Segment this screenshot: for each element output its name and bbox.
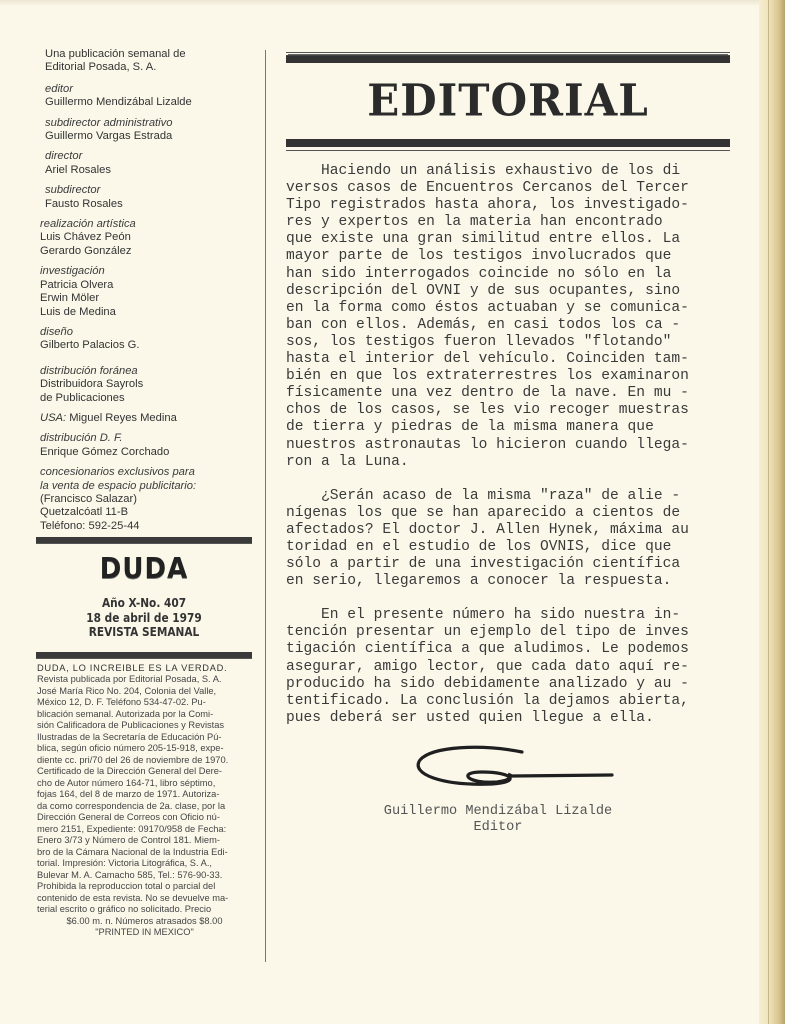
title-rule-bottom bbox=[286, 139, 730, 147]
credit-name: Patricia Olvera bbox=[40, 279, 252, 292]
credit-usa: USA: Miguel Reyes Medina bbox=[36, 412, 252, 425]
credit-name: Luis de Medina bbox=[40, 306, 252, 319]
legal-line: México 12, D. F. Teléfono 534-47-02. Pu- bbox=[37, 697, 252, 709]
legal-headline: DUDA, LO INCREIBLE ES LA VERDAD. bbox=[37, 663, 252, 675]
magazine-info: DUDA Año X-No. 407 18 de abril de 1979 R… bbox=[36, 544, 252, 640]
legal-line: blicación semanal. Autorizada por la Com… bbox=[37, 709, 252, 721]
page-edge-line bbox=[768, 0, 769, 1024]
legal-line: blica, según oficio número 205-15-918, e… bbox=[37, 743, 252, 755]
legal-line: terial escrito o gráfico no solicitado. … bbox=[37, 904, 252, 916]
magazine-logo: DUDA bbox=[100, 553, 188, 586]
legal-price: $6.00 m. n. Números atrasados $8.00 bbox=[37, 916, 252, 928]
legal-line: bro de la Cámara Nacional de la Industri… bbox=[37, 847, 252, 859]
credit-name: Erwin Möler bbox=[40, 292, 252, 305]
legal-line: torial. Impresión: Victoria Litográfica,… bbox=[37, 858, 252, 870]
credit-role: subdirector bbox=[45, 184, 252, 197]
credit-block: realización artísticaLuis Chávez PeónGer… bbox=[36, 218, 252, 258]
legal-line: Ilustradas de la Secretaría de Educación… bbox=[37, 732, 252, 744]
editorial-paragraph: En el presente número ha sido nuestra in… bbox=[286, 607, 730, 727]
issue-frequency: REVISTA SEMANAL bbox=[49, 625, 239, 640]
editorial-body: Haciendo un análisis exhaustivo de los d… bbox=[286, 163, 730, 727]
editorial-line: ron a la Luna. bbox=[286, 454, 730, 471]
credit-name: Gilberto Palacios G. bbox=[40, 339, 252, 352]
legal-line: José María Rico No. 204, Colonia del Val… bbox=[37, 686, 252, 698]
credit-name: Gerardo González bbox=[40, 245, 252, 258]
signature-name: Guillermo Mendizábal Lizalde bbox=[276, 804, 720, 820]
legal-line: Enero 3/73 y Número de Control 181. Miem… bbox=[37, 835, 252, 847]
editorial-line: han sido interrogados coincide no sólo e… bbox=[286, 266, 730, 283]
legal-notice: DUDA, LO INCREIBLE ES LA VERDAD. Revista… bbox=[36, 659, 252, 939]
editorial-column: EDITORIAL Haciendo un análisis exhaustiv… bbox=[286, 52, 730, 836]
editorial-line: Haciendo un análisis exhaustivo de los d… bbox=[286, 163, 730, 180]
credit-block: subdirectorFausto Rosales bbox=[36, 184, 252, 211]
editorial-line: pues deberá ser usted quien llegue a ell… bbox=[286, 710, 730, 727]
legal-line: Revista publicada por Editorial Posada, … bbox=[37, 674, 252, 686]
credit-role: investigación bbox=[40, 265, 252, 278]
divider-rule bbox=[36, 652, 252, 659]
legal-line: contenido de esta revista. No se devuelv… bbox=[37, 893, 252, 905]
issue-number: Año X-No. 407 bbox=[49, 596, 239, 611]
divider-rule bbox=[36, 537, 252, 544]
credit-name: Fausto Rosales bbox=[45, 198, 252, 211]
editorial-line: ban con ellos. Además, en casi todos los… bbox=[286, 317, 730, 334]
legal-line: fojas 164, del 8 de marzo de 1971. Autor… bbox=[37, 789, 252, 801]
issue-info: Año X-No. 407 18 de abril de 1979 REVIST… bbox=[49, 596, 239, 640]
editorial-paragraph: Haciendo un análisis exhaustivo de los d… bbox=[286, 163, 730, 471]
editorial-line: sólo a partir de una investigación cient… bbox=[286, 556, 730, 573]
editorial-line: Tipo registrados hasta ahora, los invest… bbox=[286, 197, 730, 214]
legal-line: mero 2151, Expediente: 09170/958 de Fech… bbox=[37, 824, 252, 836]
legal-line: Prohibida la reproduccion total o parcia… bbox=[37, 881, 252, 893]
credit-role: subdirector administrativo bbox=[45, 117, 252, 130]
legal-printed: "PRINTED IN MEXICO" bbox=[37, 927, 252, 939]
credit-name: Ariel Rosales bbox=[45, 164, 252, 177]
column-divider bbox=[265, 50, 266, 962]
legal-line: da como correspondencia de 2a. clase, po… bbox=[37, 801, 252, 813]
legal-line: cho de Autor número 164-71, libro séptim… bbox=[37, 778, 252, 790]
issue-date: 18 de abril de 1979 bbox=[49, 611, 239, 626]
credit-name: de Publicaciones bbox=[40, 392, 252, 405]
editorial-line: hasta el interior del vehículo. Coincide… bbox=[286, 351, 730, 368]
signature-icon bbox=[412, 744, 632, 804]
masthead-intro: Una publicación semanal de Editorial Pos… bbox=[36, 48, 252, 75]
editorial-line: descripción del OVNI y de sus ocupantes,… bbox=[286, 283, 730, 300]
title-rule-bottom-line bbox=[286, 150, 730, 151]
legal-line: sión Calificadora de Publicaciones y Rev… bbox=[37, 720, 252, 732]
legal-line: Certificado de la Dirección General del … bbox=[37, 766, 252, 778]
legal-body: Revista publicada por Editorial Posada, … bbox=[37, 674, 252, 916]
editorial-line: bién en que los extraterrestres los exam… bbox=[286, 368, 730, 385]
masthead: Una publicación semanal de Editorial Pos… bbox=[36, 48, 252, 533]
editorial-line: producido ha sido debidamente analizado … bbox=[286, 676, 730, 693]
credit-block: directorAriel Rosales bbox=[36, 150, 252, 177]
signature-title: Editor bbox=[276, 820, 720, 836]
title-rule-top-line bbox=[286, 52, 730, 53]
editorial-line: tigación científica a que aludimos. Le p… bbox=[286, 641, 730, 658]
editorial-line: que existe una gran similitud entre ello… bbox=[286, 231, 730, 248]
editorial-line: de tierra y piedras de la misma manera q… bbox=[286, 419, 730, 436]
credit-advertising: concesionarios exclusivos para la venta … bbox=[36, 466, 252, 533]
editorial-line: en serio, llegaremos a conocer la respue… bbox=[286, 573, 730, 590]
credit-block: editorGuillermo Mendizábal Lizalde bbox=[36, 83, 252, 110]
editorial-line: toridad en el estudio de los OVNIS, dice… bbox=[286, 539, 730, 556]
credit-block: distribución foráneaDistribuidora Sayrol… bbox=[36, 365, 252, 405]
editorial-line: nígenas los que se han aparecido a cient… bbox=[286, 505, 730, 522]
credit-block: subdirector administrativoGuillermo Varg… bbox=[36, 117, 252, 144]
masthead-column: Una publicación semanal de Editorial Pos… bbox=[36, 48, 252, 939]
editorial-title: EDITORIAL bbox=[286, 72, 730, 131]
page-top-shadow bbox=[0, 0, 785, 6]
editorial-line: asegurar, amigo lector, que cada dato aq… bbox=[286, 659, 730, 676]
credit-role: director bbox=[45, 150, 252, 163]
editorial-line: sos, los testigos fueron llevados "flota… bbox=[286, 334, 730, 351]
credit-name: Luis Chávez Peón bbox=[40, 231, 252, 244]
credits-list: editorGuillermo Mendizábal Lizaldesubdir… bbox=[36, 83, 252, 405]
legal-line: Bulevar M. A. Camacho 585, Tel.: 576-90-… bbox=[37, 870, 252, 882]
legal-line: Dirección General de Correos con Oficio … bbox=[37, 812, 252, 824]
legal-line: diente cc. pri/70 del 26 de noviembre de… bbox=[37, 755, 252, 767]
credit-distribucion-df: distribución D. F. Enrique Gómez Corchad… bbox=[36, 432, 252, 459]
credit-name: Guillermo Mendizábal Lizalde bbox=[45, 96, 252, 109]
credit-name: Distribuidora Sayrols bbox=[40, 378, 252, 391]
editorial-line: tentificado. La conclusión la dejamos ab… bbox=[286, 693, 730, 710]
signature bbox=[412, 744, 632, 804]
editorial-line: afectados? El doctor J. Allen Hynek, máx… bbox=[286, 522, 730, 539]
credit-role: editor bbox=[45, 83, 252, 96]
editorial-line: físicamente una vez dentro de la nave. E… bbox=[286, 385, 730, 402]
editorial-line: en la forma como éstos actuaban y se com… bbox=[286, 300, 730, 317]
credit-role: realización artística bbox=[40, 218, 252, 231]
editorial-line: versos casos de Encuentros Cercanos del … bbox=[286, 180, 730, 197]
editorial-line: tención presentar un ejemplo del tipo de… bbox=[286, 624, 730, 641]
page-edge bbox=[759, 0, 785, 1024]
editorial-line: nuestros astronautas lo hicieron cuando … bbox=[286, 437, 730, 454]
credit-role: distribución foránea bbox=[40, 365, 252, 378]
editorial-line: chos de los casos, se les vio recoger mu… bbox=[286, 402, 730, 419]
credit-role: diseño bbox=[40, 326, 252, 339]
credit-name: Guillermo Vargas Estrada bbox=[45, 130, 252, 143]
credit-block: diseñoGilberto Palacios G. bbox=[36, 326, 252, 353]
editorial-paragraph: ¿Serán acaso de la misma "raza" de alie … bbox=[286, 488, 730, 591]
editorial-line: mayor parte de los testigos involucrados… bbox=[286, 248, 730, 265]
credit-block: investigaciónPatricia OlveraErwin MölerL… bbox=[36, 265, 252, 319]
title-rule-top bbox=[286, 55, 730, 63]
editorial-line: ¿Serán acaso de la misma "raza" de alie … bbox=[286, 488, 730, 505]
editorial-line: En el presente número ha sido nuestra in… bbox=[286, 607, 730, 624]
editorial-line: res y expertos en la materia han encontr… bbox=[286, 214, 730, 231]
